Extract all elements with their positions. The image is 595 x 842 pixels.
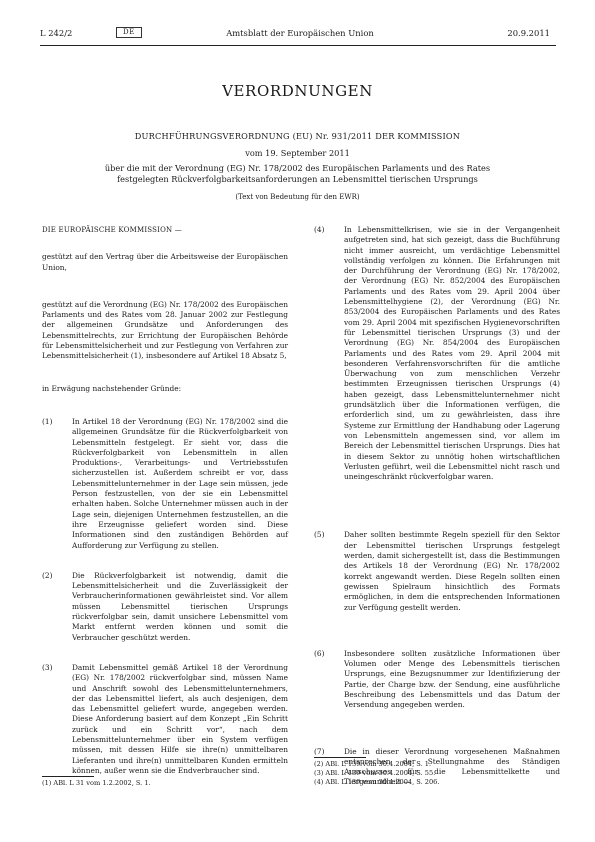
recital-number: (6) <box>314 649 324 659</box>
footnote-2: (2) ABl. L 139 vom 30.4.2004, S. 1. <box>314 760 439 769</box>
citation-treaty: gestützt auf den Vertrag über die Arbeit… <box>42 252 288 273</box>
page-header: L 242/2 DE Amtsblatt der Europäischen Un… <box>40 27 590 41</box>
recital-3: (3) Damit Lebensmittel gemäß Artikel 18 … <box>42 663 288 776</box>
recital-4: (4) In Lebensmittelkrisen, wie sie in de… <box>314 225 560 482</box>
footnote-1: (1) ABl. L 31 vom 1.2.2002, S. 1. <box>42 779 151 788</box>
commission-intro: DIE EUROPÄISCHE KOMMISSION — <box>42 225 288 235</box>
section-title: VERORDNUNGEN <box>0 82 595 100</box>
recital-text: Insbesondere sollten zusätzliche Informa… <box>344 649 560 711</box>
recital-5: (5) Daher sollten bestimmte Regeln spezi… <box>314 530 560 612</box>
recital-1: (1) In Artikel 18 der Verordnung (EG) Nr… <box>42 417 288 551</box>
citation-regulation: gestützt auf die Verordnung (EG) Nr. 178… <box>42 300 288 362</box>
recital-number: (2) <box>42 571 52 581</box>
footnotes-right: (2) ABl. L 139 vom 30.4.2004, S. 1. (3) … <box>314 760 439 786</box>
regulation-subject: über die mit der Verordnung (EG) Nr. 178… <box>80 163 515 184</box>
document-page: L 242/2 DE Amtsblatt der Europäischen Un… <box>0 0 595 842</box>
recital-number: (3) <box>42 663 52 673</box>
recital-text: In Artikel 18 der Verordnung (EG) Nr. 17… <box>72 417 288 551</box>
footnote-3: (3) ABl. L 139 vom 30.4.2004, S. 55. <box>314 769 439 778</box>
recital-text: Daher sollten bestimmte Regeln speziell … <box>344 530 560 612</box>
footnote-divider-right <box>314 757 366 758</box>
eea-relevance-note: (Text von Bedeutung für den EWR) <box>0 193 595 201</box>
publication-date: 20.9.2011 <box>507 28 550 38</box>
recital-number: (7) <box>314 747 324 757</box>
left-column: DIE EUROPÄISCHE KOMMISSION — gestützt au… <box>42 225 288 776</box>
recital-text: Damit Lebensmittel gemäß Artikel 18 der … <box>72 663 288 776</box>
footnote-4: (4) ABl. L 139 vom 30.4.2004, S. 206. <box>314 778 439 787</box>
header-divider <box>40 45 556 46</box>
recital-number: (1) <box>42 417 52 427</box>
recital-number: (5) <box>314 530 324 540</box>
recital-text: Die Rückverfolgbarkeit ist notwendig, da… <box>72 571 288 643</box>
recital-2: (2) Die Rückverfolgbarkeit ist notwendig… <box>42 571 288 643</box>
right-column: (4) In Lebensmittelkrisen, wie sie in de… <box>314 225 560 788</box>
whereas-clause: in Erwägung nachstehender Gründe: <box>42 384 288 394</box>
regulation-title: DURCHFÜHRUNGSVERORDNUNG (EU) Nr. 931/201… <box>0 131 595 141</box>
recital-number: (4) <box>314 225 324 235</box>
footnote-divider-left <box>42 776 94 777</box>
recital-text: In Lebensmittelkrisen, wie sie in der Ve… <box>344 225 560 482</box>
recital-6: (6) Insbesondere sollten zusätzliche Inf… <box>314 649 560 711</box>
footnotes-left: (1) ABl. L 31 vom 1.2.2002, S. 1. <box>42 779 151 788</box>
journal-title: Amtsblatt der Europäischen Union <box>40 28 560 38</box>
regulation-date: vom 19. September 2011 <box>0 148 595 158</box>
footnote-ref-1[interactable]: (1) <box>131 351 141 360</box>
